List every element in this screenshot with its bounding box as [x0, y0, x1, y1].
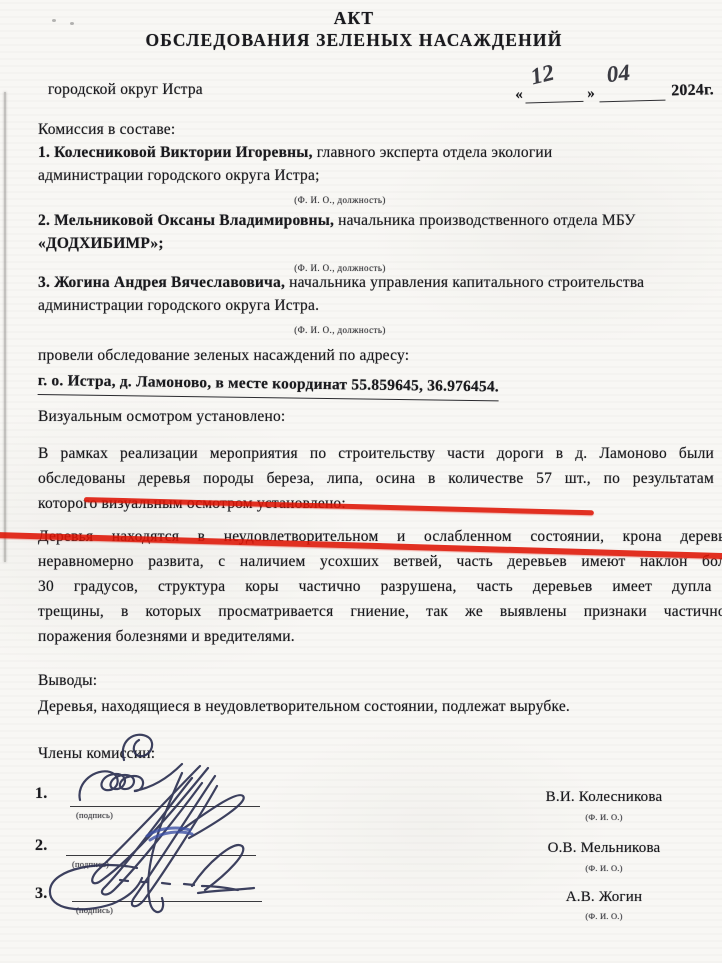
fio-label: (Ф. И. О.) [498, 812, 710, 822]
member-3-fullname: А.В. Жогин [498, 889, 710, 906]
fio-position-label: (Ф. И. О., должность) [210, 257, 470, 271]
member-1-role: главного эксперта отдела экологии [313, 144, 553, 161]
commission-section: Комиссия в составе: 1. Колесниковой Викт… [38, 118, 702, 333]
document-title-line1: АКТ [0, 8, 708, 29]
fio-label: (Ф. И. О.) [498, 911, 710, 921]
commission-intro: Комиссия в составе: [38, 118, 702, 141]
commission-member-3-line2: администрации городского округа Истра. [38, 294, 702, 317]
member-2-name: 2. Мельниковой Оксаны Владимировны, [38, 212, 334, 229]
member-3-name: 3. Жогина Андрея Вячеславовича, [38, 274, 285, 291]
member-1-name: 1. Колесниковой Виктории Игоревны, [38, 144, 313, 161]
paragraph-line: трещины, в которых просматривается гниен… [38, 599, 722, 624]
date-day-handwritten: 12 [528, 60, 557, 91]
member-3-role: начальника управления капитального строи… [285, 274, 644, 291]
commission-member-2-line2: «ДОДХИБИМР»; [38, 232, 702, 255]
fio-label: (Ф. И. О.) [498, 863, 710, 873]
member-2-role: начальника производственного отдела МБУ [334, 212, 635, 229]
commission-member-1-line1: 1. Колесниковой Виктории Игоревны, главн… [38, 141, 702, 164]
location-text: городской округ Истра [48, 78, 203, 101]
paragraph-line: В рамках реализации мероприятия по строи… [38, 441, 714, 466]
paragraph-line: поражения болезнями и вредителями. [38, 624, 722, 649]
commission-member-3-line1: 3. Жогина Андрея Вячеславовича, начальни… [38, 271, 702, 294]
date-close-quote: » [587, 86, 595, 103]
date-month-handwritten: 04 [605, 60, 631, 89]
scan-edge-line [4, 92, 6, 562]
address-section: провели обследование зеленых насаждений … [38, 343, 714, 395]
inspection-heading: Визуальным осмотром установлено: [38, 404, 285, 429]
address-line2: г. о. Истра, д. Ламоново, в месте коорди… [38, 368, 714, 404]
address-line1: провели обследование зеленых насаждений … [38, 343, 714, 368]
member-1-fullname: В.И. Колесникова [498, 789, 710, 806]
fio-position-label: (Ф. И. О., должность) [210, 189, 470, 203]
paragraph-line: 30 градусов, структура коры частично раз… [38, 574, 722, 599]
signature-scribble [40, 726, 340, 938]
document-title-line2: ОБСЛЕДОВАНИЯ ЗЕЛЕНЫХ НАСАЖДЕНИЙ [0, 30, 708, 51]
conclusions-text: Деревья, находящиеся в неудовлетворитель… [38, 694, 570, 719]
date-month-underline [599, 100, 665, 103]
address-coordinates: г. о. Истра, д. Ламоново, в месте коорди… [38, 368, 499, 401]
conclusions-heading: Выводы: [38, 668, 97, 693]
date-day-underline [525, 101, 583, 104]
date-year: 2024г. [671, 81, 714, 100]
paragraph-line: которого визуальным осмотром установлено… [38, 491, 714, 516]
member-2-fullname: О.В. Мельникова [498, 840, 710, 857]
date-block: « 12 » 04 2024г. [504, 55, 722, 113]
fio-position-label: (Ф. И. О., должность) [210, 319, 470, 333]
date-open-quote: « [515, 87, 523, 104]
commission-member-2-line1: 2. Мельниковой Оксаны Владимировны, нача… [38, 209, 702, 232]
paragraph-line: обследованы деревья породы береза, липа,… [38, 466, 714, 491]
scanned-act-document: АКТ ОБСЛЕДОВАНИЯ ЗЕЛЕНЫХ НАСАЖДЕНИЙ горо… [0, 0, 722, 963]
commission-member-1-line2: администрации городского округа Истра; [38, 164, 702, 187]
